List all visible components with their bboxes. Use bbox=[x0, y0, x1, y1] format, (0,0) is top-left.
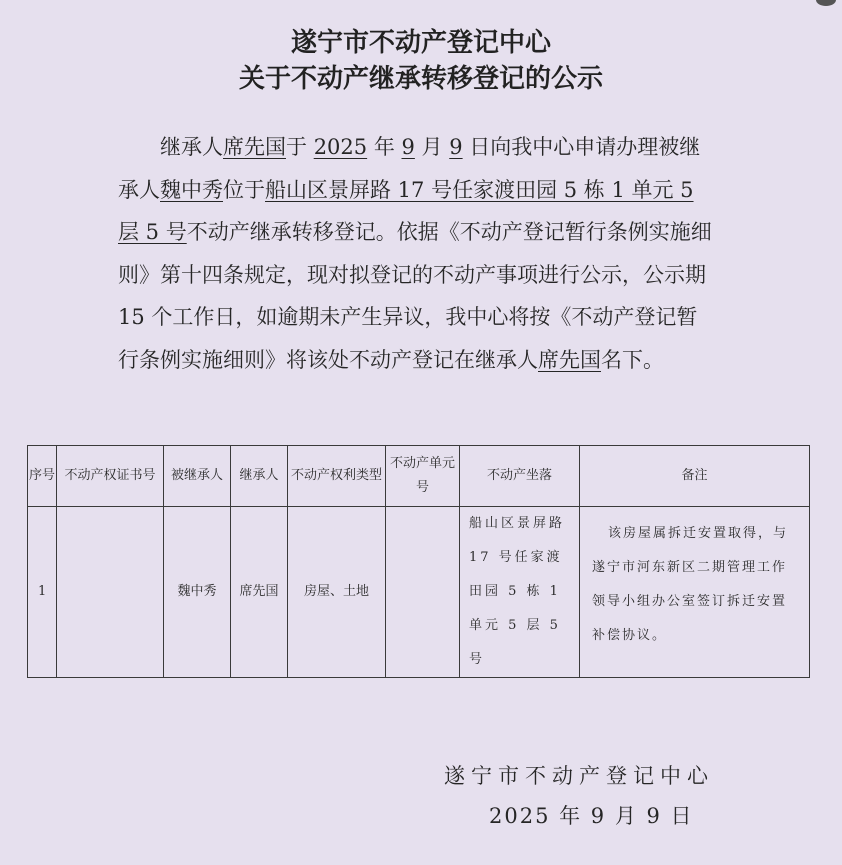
text-segment: 年 bbox=[367, 135, 401, 159]
signature-date: 2025 年 9 月 9 日 bbox=[489, 800, 694, 830]
heir-name-repeat: 席先国 bbox=[538, 348, 601, 372]
application-day: 9 bbox=[449, 135, 462, 159]
decedent-name: 魏中秀 bbox=[160, 178, 223, 202]
notice-paragraph: 继承人席先国于 2025 年 9 月 9 日向我中心申请办理被继承人魏中秀位于船… bbox=[118, 126, 718, 381]
registration-table: 序号 不动产权证书号 被继承人 继承人 不动产权利类型 不动产单元号 不动产坐落… bbox=[27, 445, 810, 678]
header-unit-no: 不动产单元号 bbox=[386, 446, 460, 507]
table-header-row: 序号 不动产权证书号 被继承人 继承人 不动产权利类型 不动产单元号 不动产坐落… bbox=[28, 446, 810, 507]
document-title-issuer: 遂宁市不动产登记中心 bbox=[0, 22, 842, 59]
cell-seq: 1 bbox=[28, 507, 57, 678]
note-text: 该房屋属拆迁安置取得，与遂宁市河东新区二期管理工作领导小组办公室签订拆迁安置补偿… bbox=[592, 526, 788, 643]
text-segment: 名下。 bbox=[601, 348, 664, 372]
heir-name: 席先国 bbox=[223, 135, 286, 159]
header-note: 备注 bbox=[580, 446, 810, 507]
application-year: 2025 bbox=[314, 135, 367, 159]
cell-location: 船山区景屏路17 号任家渡田园 5 栋 1 单元 5 层 5 号 bbox=[460, 507, 580, 678]
header-right-type: 不动产权利类型 bbox=[288, 446, 386, 507]
header-decedent: 被继承人 bbox=[164, 446, 231, 507]
header-location: 不动产坐落 bbox=[460, 446, 580, 507]
cell-right-type: 房屋、土地 bbox=[288, 507, 386, 678]
text-segment: 于 bbox=[286, 135, 314, 159]
application-month: 9 bbox=[402, 135, 415, 159]
cell-note: 该房屋属拆迁安置取得，与遂宁市河东新区二期管理工作领导小组办公室签订拆迁安置补偿… bbox=[580, 507, 810, 678]
text-segment: 继承人 bbox=[160, 135, 223, 159]
header-cert-no: 不动产权证书号 bbox=[57, 446, 164, 507]
page-corner-mark bbox=[816, 0, 836, 6]
header-heir: 继承人 bbox=[231, 446, 288, 507]
signature-issuer: 遂宁市不动产登记中心 bbox=[444, 760, 714, 790]
document-title-subject: 关于不动产继承转移登记的公示 bbox=[0, 58, 842, 95]
text-segment: 月 bbox=[415, 135, 449, 159]
header-seq: 序号 bbox=[28, 446, 57, 507]
cell-heir: 席先国 bbox=[231, 507, 288, 678]
table-row: 1 魏中秀 席先国 房屋、土地 船山区景屏路17 号任家渡田园 5 栋 1 单元… bbox=[28, 507, 810, 678]
text-segment: 位于 bbox=[223, 178, 265, 202]
cell-unit-no bbox=[386, 507, 460, 678]
cell-decedent: 魏中秀 bbox=[164, 507, 231, 678]
cell-cert-no bbox=[57, 507, 164, 678]
